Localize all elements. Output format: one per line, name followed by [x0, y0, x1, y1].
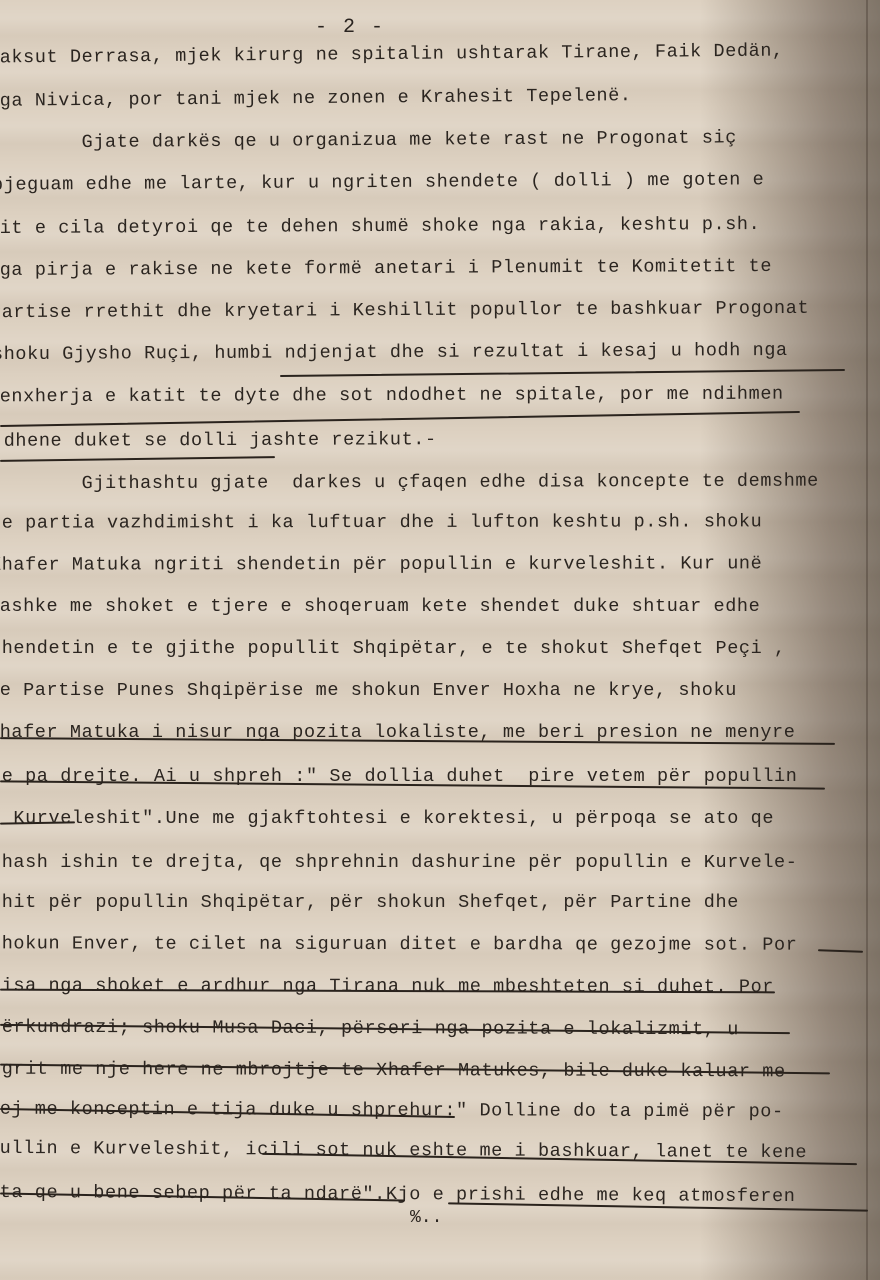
text-line: shoku Gjysho Ruçi, humbi ndjenjat dhe si…	[0, 340, 788, 365]
text-line: te Partise Punes Shqipërise me shokun En…	[0, 680, 737, 701]
text-line: Partise rrethit dhe kryetari i Keshillit…	[0, 298, 809, 323]
text-line: thash ishin te drejta, qe shprehnin dash…	[0, 852, 797, 873]
text-line: nga pirja e rakise ne kete formë anetari…	[0, 256, 772, 281]
text-line: nga Nivica, por tani mjek ne zonen e Kra…	[0, 85, 632, 112]
pen-underline	[0, 456, 275, 462]
pen-underline	[280, 369, 845, 377]
text-line: dhene duket se dolli jashte rezikut.-	[0, 429, 437, 452]
text-line: Xhafer Matuka ngriti shendetin për popul…	[0, 553, 762, 575]
text-line: jit e cila detyroi qe te dehen shumë sho…	[0, 214, 760, 239]
text-line: bashke me shoket e tjere e shoqeruam ket…	[0, 596, 760, 617]
typewritten-page: - 2 - Maksut Derrasa, mjek kirurg ne spi…	[0, 0, 880, 1280]
closing-mark: %..	[410, 1208, 442, 1228]
text-line: qe partia vazhdimisht i ka luftuar dhe i…	[0, 511, 762, 533]
text-line: shokun Enver, te cilet na siguruan ditet…	[0, 933, 797, 955]
text-line: Gjithashtu gjate darkes u çfaqen edhe di…	[0, 471, 819, 495]
page-edge-shadow	[866, 0, 868, 1280]
text-line: penxherja e katit te dyte dhe sot ndodhe…	[0, 384, 784, 408]
pen-underline	[0, 411, 800, 427]
text-line: Gjate darkës qe u organizua me kete rast…	[0, 127, 737, 153]
text-line: shit për popullin Shqipëtar, për shokun …	[0, 892, 739, 913]
text-line: disa nga shoket e ardhur nga Tirana nuk …	[0, 975, 774, 997]
text-line: pjeguam edhe me larte, kur u ngriten she…	[0, 169, 764, 195]
page-number: - 2 -	[0, 16, 700, 39]
pen-underline	[818, 949, 863, 953]
text-line: e Kurveleshit".Une me gjakftohtesi e kor…	[0, 808, 774, 829]
text-line: Maksut Derrasa, mjek kirurg ne spitalin …	[0, 41, 784, 69]
text-line: shendetin e te gjithe popullit Shqipëtar…	[0, 638, 786, 659]
